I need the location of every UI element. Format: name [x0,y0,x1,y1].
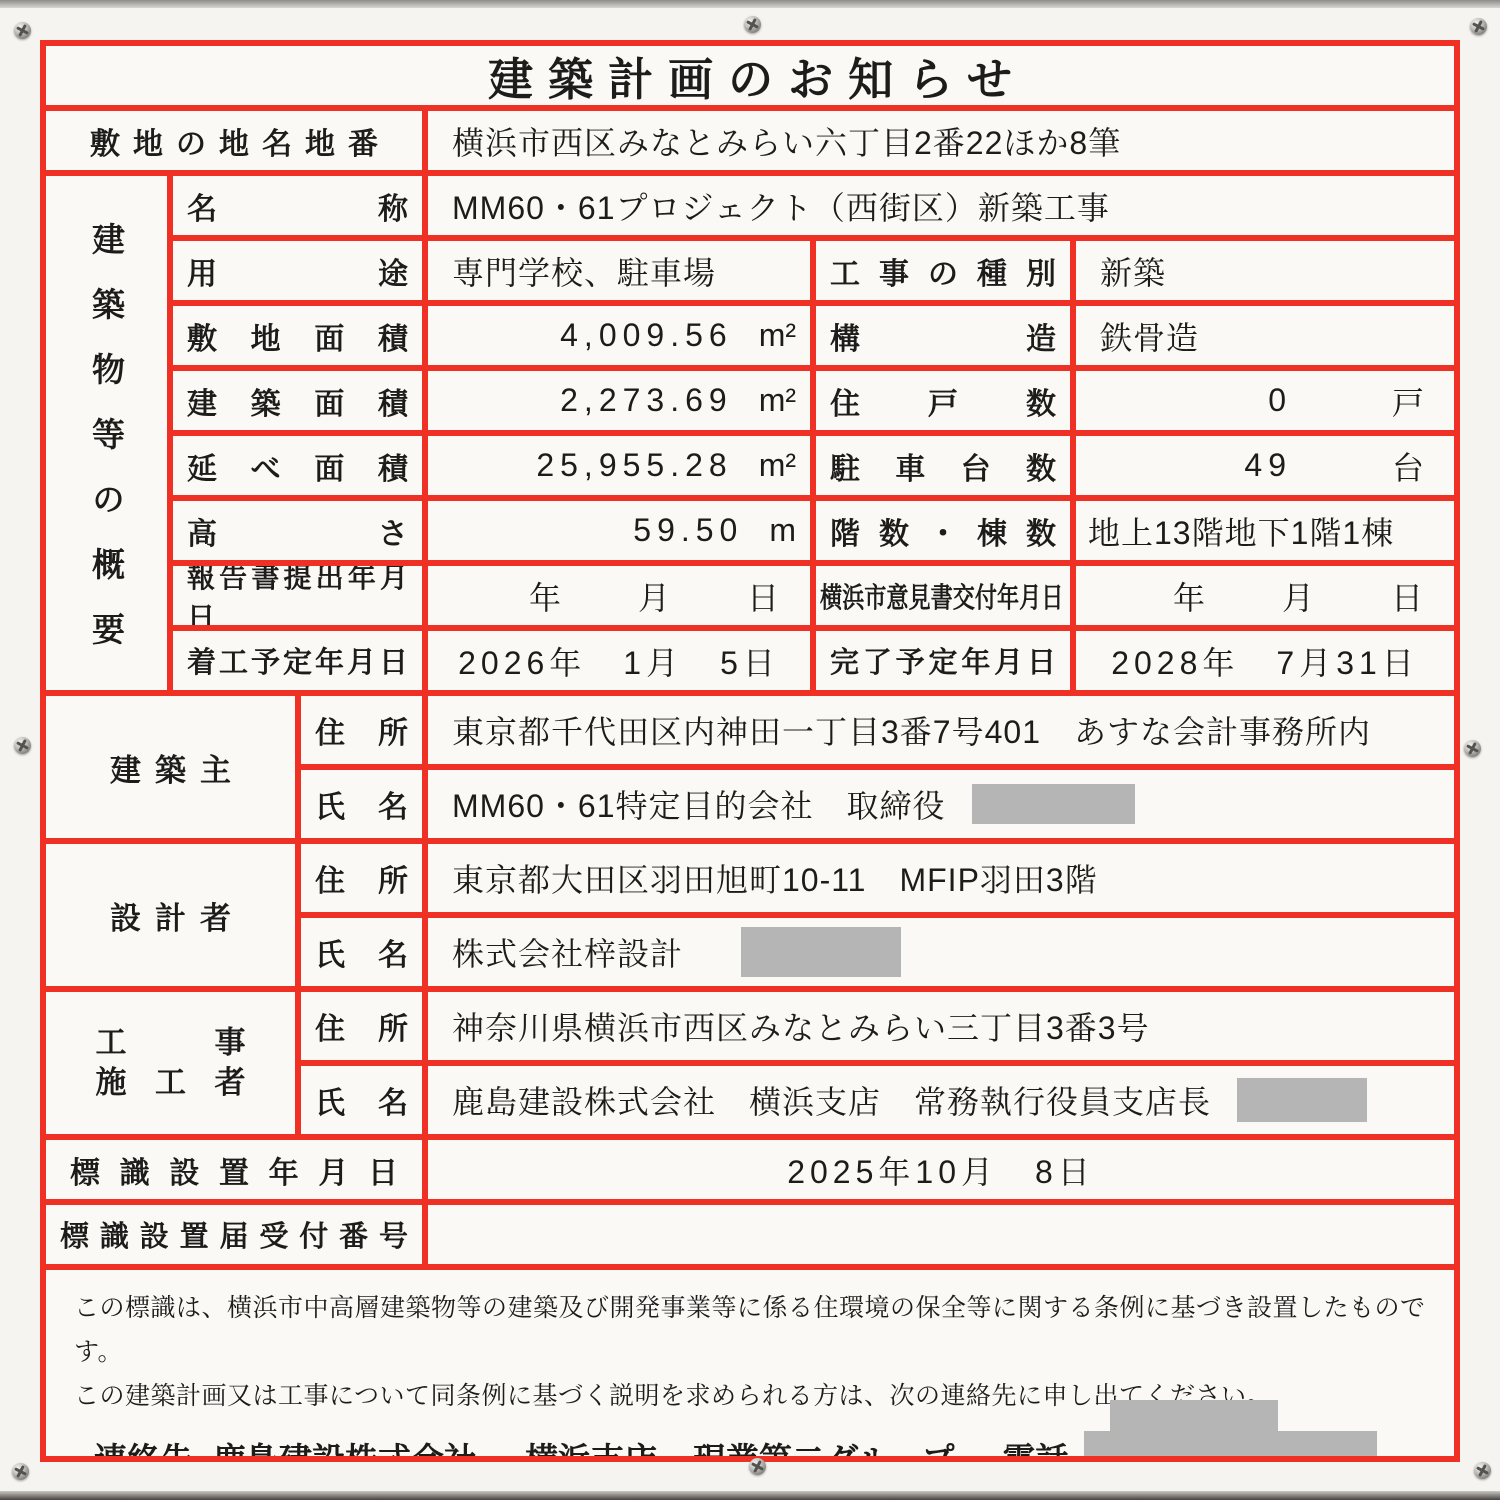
receipt-number-label: 標識設置届受付番号 [46,1205,422,1264]
screw-icon [12,1463,29,1480]
structure-value: 鉄骨造 [1076,306,1454,365]
screw-icon [1474,1462,1491,1479]
report-date-label: 報告書提出年月日 [173,566,422,625]
work-type-label: 工事の種別 [816,241,1070,300]
screw-icon [1464,740,1481,757]
site-area-value: 4,009.56m² [428,306,810,365]
owner-section: 建築主 住所 東京都千代田区内神田一丁目3番7号401 あすな会計事務所内 氏名… [46,696,1454,838]
report-date-value: 年月日 [428,566,810,625]
designer-section: 設計者 住所 東京都大田区羽田旭町10-11 MFIP羽田3階 氏名 株式会社梓… [46,844,1454,986]
contractor-section-label: 工事 施工者 [46,992,295,1134]
screw-icon [1470,18,1487,35]
contact-company: 鹿島建設株式会社 [213,1434,477,1457]
site-address-value: 横浜市西区みなとみらい六丁目2番22ほか8筆 [428,111,1454,170]
start-date-value: 2026年 1月 5日 [428,631,810,690]
row-building-area: 建築面積 2,273.69m² 住戸数 0戸 [173,371,1454,430]
construction-notice-board: 建築計画のお知らせ 敷地の地名地番 横浜市西区みなとみらい六丁目2番22ほか8筆… [40,40,1460,1462]
contractor-name-redaction-box [1237,1078,1367,1122]
contact-phone-label: 電話 [1002,1434,1068,1457]
contractor-section: 工事 施工者 住所 神奈川県横浜市西区みなとみらい三丁目3番3号 氏名 鹿島建設… [46,992,1454,1134]
completion-date-value: 2028年 7月31日 [1076,631,1454,690]
site-area-label: 敷地面積 [173,306,422,365]
owner-name-redaction-box [972,784,1135,824]
screw-icon [14,737,31,754]
contractor-address-value: 神奈川県横浜市西区みなとみらい三丁目3番3号 [428,992,1454,1060]
row-start-date: 着工予定年月日 2026年 1月 5日 完了予定年月日 2028年 7月31日 [173,631,1454,690]
floors-value: 地上13階地下1階1棟 [1076,501,1454,560]
designer-name-label: 氏名 [301,918,422,986]
receipt-number-value [428,1205,1454,1264]
row-report-date: 報告書提出年月日 年月日 横浜市意見書交付年月日 年月日 [173,566,1454,625]
contact-label: 連絡先 [94,1434,193,1457]
opinion-date-label: 横浜市意見書交付年月日 [816,566,1070,625]
height-value: 59.50m [428,501,810,560]
signboard-photo: 建築計画のお知らせ 敷地の地名地番 横浜市西区みなとみらい六丁目2番22ほか8筆… [0,0,1500,1500]
floors-label: 階数・棟数 [816,501,1070,560]
total-floor-area-label: 延べ面積 [173,436,422,495]
owner-address-value: 東京都千代田区内神田一丁目3番7号401 あすな会計事務所内 [428,696,1454,764]
phone-number-redaction-box-2 [1110,1400,1278,1442]
row-name: 名称 MM60・61プロジェクト（西街区）新築工事 [173,176,1454,235]
board-bottom-edge [0,1491,1500,1500]
screw-icon [744,16,761,33]
height-label: 高さ [173,501,422,560]
contractor-name-label: 氏名 [301,1066,422,1134]
installation-date-value: 2025年10月 8日 [428,1140,1454,1199]
contractor-address-label: 住所 [301,992,422,1060]
outline-rows: 名称 MM60・61プロジェクト（西街区）新築工事 用途 専門学校、駐車場 工事… [173,176,1454,690]
designer-section-label: 設計者 [46,844,295,986]
owner-name-value: MM60・61特定目的会社 取締役 [428,770,1454,838]
contractor-name-value: 鹿島建設株式会社 横浜支店 常務執行役員支店長 [428,1066,1454,1134]
row-height: 高さ 59.50m 階数・棟数 地上13階地下1階1棟 [173,501,1454,560]
row-total-floor-area: 延べ面積 25,955.28m² 駐車台数 49台 [173,436,1454,495]
board-top-edge [0,0,1500,8]
designer-address-label: 住所 [301,844,422,912]
work-type-value: 新築 [1076,241,1454,300]
building-area-label: 建築面積 [173,371,422,430]
start-date-label: 着工予定年月日 [173,631,422,690]
housing-units-label: 住戸数 [816,371,1070,430]
name-label: 名称 [173,176,422,235]
opinion-date-value: 年月日 [1076,566,1454,625]
notice-line-1: この標識は、横浜市中高層建築物等の建築及び開発事業等に係る住環境の保全等に関する… [74,1286,1434,1374]
parking-label: 駐車台数 [816,436,1070,495]
screw-icon [749,1458,766,1475]
owner-address-label: 住所 [301,696,422,764]
use-value: 専門学校、駐車場 [428,241,810,300]
designer-address-value: 東京都大田区羽田旭町10-11 MFIP羽田3階 [428,844,1454,912]
contact-group: 現業第二グループ [693,1434,954,1457]
sign-title: 建築計画のお知らせ [46,46,1454,105]
site-address-label: 敷地の地名地番 [46,111,422,170]
owner-name-label: 氏名 [301,770,422,838]
designer-name-redaction-box [741,927,901,977]
owner-section-label: 建築主 [46,696,295,838]
outline-section-label: 建築物等の概要 [46,176,167,690]
completion-date-label: 完了予定年月日 [816,631,1070,690]
row-use: 用途 専門学校、駐車場 工事の種別 新築 [173,241,1454,300]
structure-label: 構造 [816,306,1070,365]
name-value: MM60・61プロジェクト（西街区）新築工事 [428,176,1454,235]
installation-date-label: 標識設置年月日 [46,1140,422,1199]
screw-icon [14,22,31,39]
housing-units-value: 0戸 [1076,371,1454,430]
designer-name-value: 株式会社梓設計 [428,918,1454,986]
footer-notice: この標識は、横浜市中高層建築物等の建築及び開発事業等に係る住環境の保全等に関する… [46,1270,1454,1456]
parking-value: 49台 [1076,436,1454,495]
contact-branch: 横浜支店 [525,1434,657,1457]
total-floor-area-value: 25,955.28m² [428,436,810,495]
building-area-value: 2,273.69m² [428,371,810,430]
use-label: 用途 [173,241,422,300]
row-site-area: 敷地面積 4,009.56m² 構造 鉄骨造 [173,306,1454,365]
